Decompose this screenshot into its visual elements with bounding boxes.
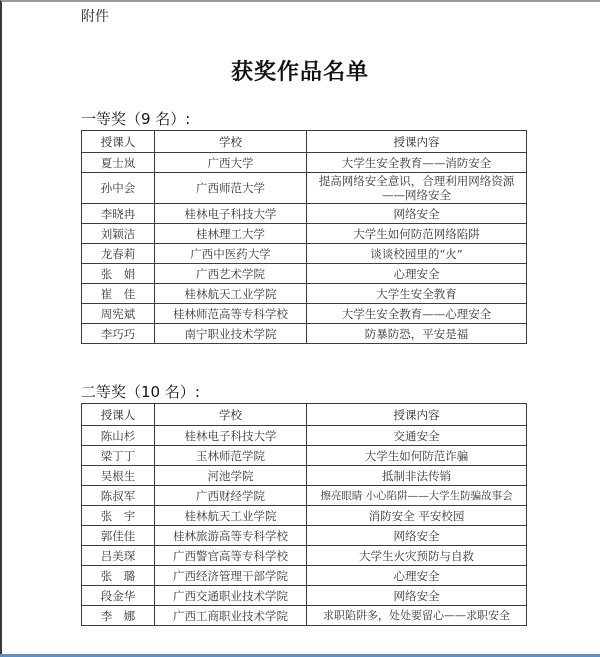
column-header-content: 授课内容 <box>307 131 527 153</box>
school-cell: 桂林理工大学 <box>155 224 307 244</box>
content-cell: 大学生安全教育——消防安全 <box>307 153 527 173</box>
teacher-cell: 陈叔军 <box>82 486 155 506</box>
table-row: 孙中会 广西师范大学 提高网络安全意识，合理利用网络资源——网络安全 <box>82 173 527 204</box>
column-header-teacher: 授课人 <box>82 404 155 426</box>
teacher-cell: 崔 佳 <box>82 284 155 304</box>
table-row: 周宪斌 桂林师范高等专科学校 大学生安全教育——心理安全 <box>82 304 527 324</box>
school-cell: 广西艺术学院 <box>155 264 307 284</box>
teacher-cell: 吴根生 <box>82 466 155 486</box>
page-title: 获奖作品名单 <box>0 55 600 86</box>
table-row: 郭佳佳 桂林旅游高等专科学校 网络安全 <box>82 526 527 546</box>
column-header-school: 学校 <box>155 131 307 153</box>
teacher-cell: 李巧巧 <box>82 324 155 344</box>
content-cell: 大学生安全教育 <box>307 284 527 304</box>
school-cell: 广西经济管理干部学院 <box>155 566 307 586</box>
table-row: 李巧巧 南宁职业技术学院 防暴防恐，平安是福 <box>82 324 527 344</box>
teacher-cell: 李 娜 <box>82 606 155 626</box>
table-header-row: 授课人 学校 授课内容 <box>82 404 527 426</box>
first-prize-heading: 一等奖（9 名）: <box>81 108 190 129</box>
teacher-cell: 梁丁丁 <box>82 446 155 466</box>
column-header-teacher: 授课人 <box>82 131 155 153</box>
content-cell: 大学生如何防范网络陷阱 <box>307 224 527 244</box>
content-cell: 抵制非法传销 <box>307 466 527 486</box>
teacher-cell: 孙中会 <box>82 173 155 204</box>
content-cell: 谈谈校园里的“火” <box>307 244 527 264</box>
school-cell: 玉林师范学院 <box>155 446 307 466</box>
school-cell: 广西大学 <box>155 153 307 173</box>
table-row: 李 娜 广西工商职业技术学院 求职陷阱多，处处要留心——求职安全 <box>82 606 527 626</box>
content-cell: 求职陷阱多，处处要留心——求职安全 <box>307 606 527 626</box>
school-cell: 广西财经学院 <box>155 486 307 506</box>
school-cell: 南宁职业技术学院 <box>155 324 307 344</box>
second-prize-table: 授课人 学校 授课内容 陈山杉 桂林电子科技大学 交通安全 梁丁丁 玉林师范学院… <box>81 403 527 626</box>
table-header-row: 授课人 学校 授课内容 <box>82 131 527 153</box>
column-header-school: 学校 <box>155 404 307 426</box>
column-header-content: 授课内容 <box>307 404 527 426</box>
table-row: 李晓冉 桂林电子科技大学 网络安全 <box>82 204 527 224</box>
teacher-cell: 吕美琛 <box>82 546 155 566</box>
table-row: 龙春莉 广西中医药大学 谈谈校园里的“火” <box>82 244 527 264</box>
table-row: 张 娟 广西艺术学院 心理安全 <box>82 264 527 284</box>
content-cell: 消防安全 平安校园 <box>307 506 527 526</box>
table-row: 张 宇 桂林航天工业学院 消防安全 平安校园 <box>82 506 527 526</box>
teacher-cell: 段金华 <box>82 586 155 606</box>
content-cell: 擦亮眼睛 小心陷阱——大学生防骗故事会 <box>307 486 527 506</box>
teacher-cell: 龙春莉 <box>82 244 155 264</box>
table-row: 夏士岚 广西大学 大学生安全教育——消防安全 <box>82 153 527 173</box>
table-row: 吴根生 河池学院 抵制非法传销 <box>82 466 527 486</box>
table-row: 段金华 广西交通职业技术学院 网络安全 <box>82 586 527 606</box>
school-cell: 桂林旅游高等专科学校 <box>155 526 307 546</box>
teacher-cell: 刘颖洁 <box>82 224 155 244</box>
teacher-cell: 周宪斌 <box>82 304 155 324</box>
first-prize-table: 授课人 学校 授课内容 夏士岚 广西大学 大学生安全教育——消防安全 孙中会 广… <box>81 130 527 344</box>
content-cell: 交通安全 <box>307 426 527 446</box>
school-cell: 桂林电子科技大学 <box>155 426 307 446</box>
school-cell: 桂林师范高等专科学校 <box>155 304 307 324</box>
teacher-cell: 张 宇 <box>82 506 155 526</box>
content-cell: 提高网络安全意识，合理利用网络资源——网络安全 <box>307 173 527 204</box>
content-cell: 网络安全 <box>307 526 527 546</box>
content-cell: 心理安全 <box>307 264 527 284</box>
teacher-cell: 张 璐 <box>82 566 155 586</box>
school-cell: 河池学院 <box>155 466 307 486</box>
second-prize-heading: 二等奖（10 名）: <box>81 381 200 402</box>
school-cell: 桂林电子科技大学 <box>155 204 307 224</box>
table-row: 崔 佳 桂林航天工业学院 大学生安全教育 <box>82 284 527 304</box>
teacher-cell: 郭佳佳 <box>82 526 155 546</box>
table-row: 张 璐 广西经济管理干部学院 心理安全 <box>82 566 527 586</box>
school-cell: 广西工商职业技术学院 <box>155 606 307 626</box>
table-row: 吕美琛 广西警官高等专科学校 大学生火灾预防与自救 <box>82 546 527 566</box>
attachment-label: 附件 <box>81 6 109 26</box>
teacher-cell: 夏士岚 <box>82 153 155 173</box>
table-row: 陈叔军 广西财经学院 擦亮眼睛 小心陷阱——大学生防骗故事会 <box>82 486 527 506</box>
school-cell: 广西交通职业技术学院 <box>155 586 307 606</box>
content-cell: 大学生如何防范诈骗 <box>307 446 527 466</box>
school-cell: 桂林航天工业学院 <box>155 506 307 526</box>
teacher-cell: 李晓冉 <box>82 204 155 224</box>
school-cell: 广西警官高等专科学校 <box>155 546 307 566</box>
content-cell: 防暴防恐，平安是福 <box>307 324 527 344</box>
school-cell: 广西中医药大学 <box>155 244 307 264</box>
table-row: 陈山杉 桂林电子科技大学 交通安全 <box>82 426 527 446</box>
content-cell: 网络安全 <box>307 204 527 224</box>
teacher-cell: 张 娟 <box>82 264 155 284</box>
school-cell: 广西师范大学 <box>155 173 307 204</box>
content-cell: 网络安全 <box>307 586 527 606</box>
content-cell: 心理安全 <box>307 566 527 586</box>
table-row: 梁丁丁 玉林师范学院 大学生如何防范诈骗 <box>82 446 527 466</box>
table-row: 刘颖洁 桂林理工大学 大学生如何防范网络陷阱 <box>82 224 527 244</box>
school-cell: 桂林航天工业学院 <box>155 284 307 304</box>
content-cell: 大学生安全教育——心理安全 <box>307 304 527 324</box>
teacher-cell: 陈山杉 <box>82 426 155 446</box>
content-cell: 大学生火灾预防与自救 <box>307 546 527 566</box>
